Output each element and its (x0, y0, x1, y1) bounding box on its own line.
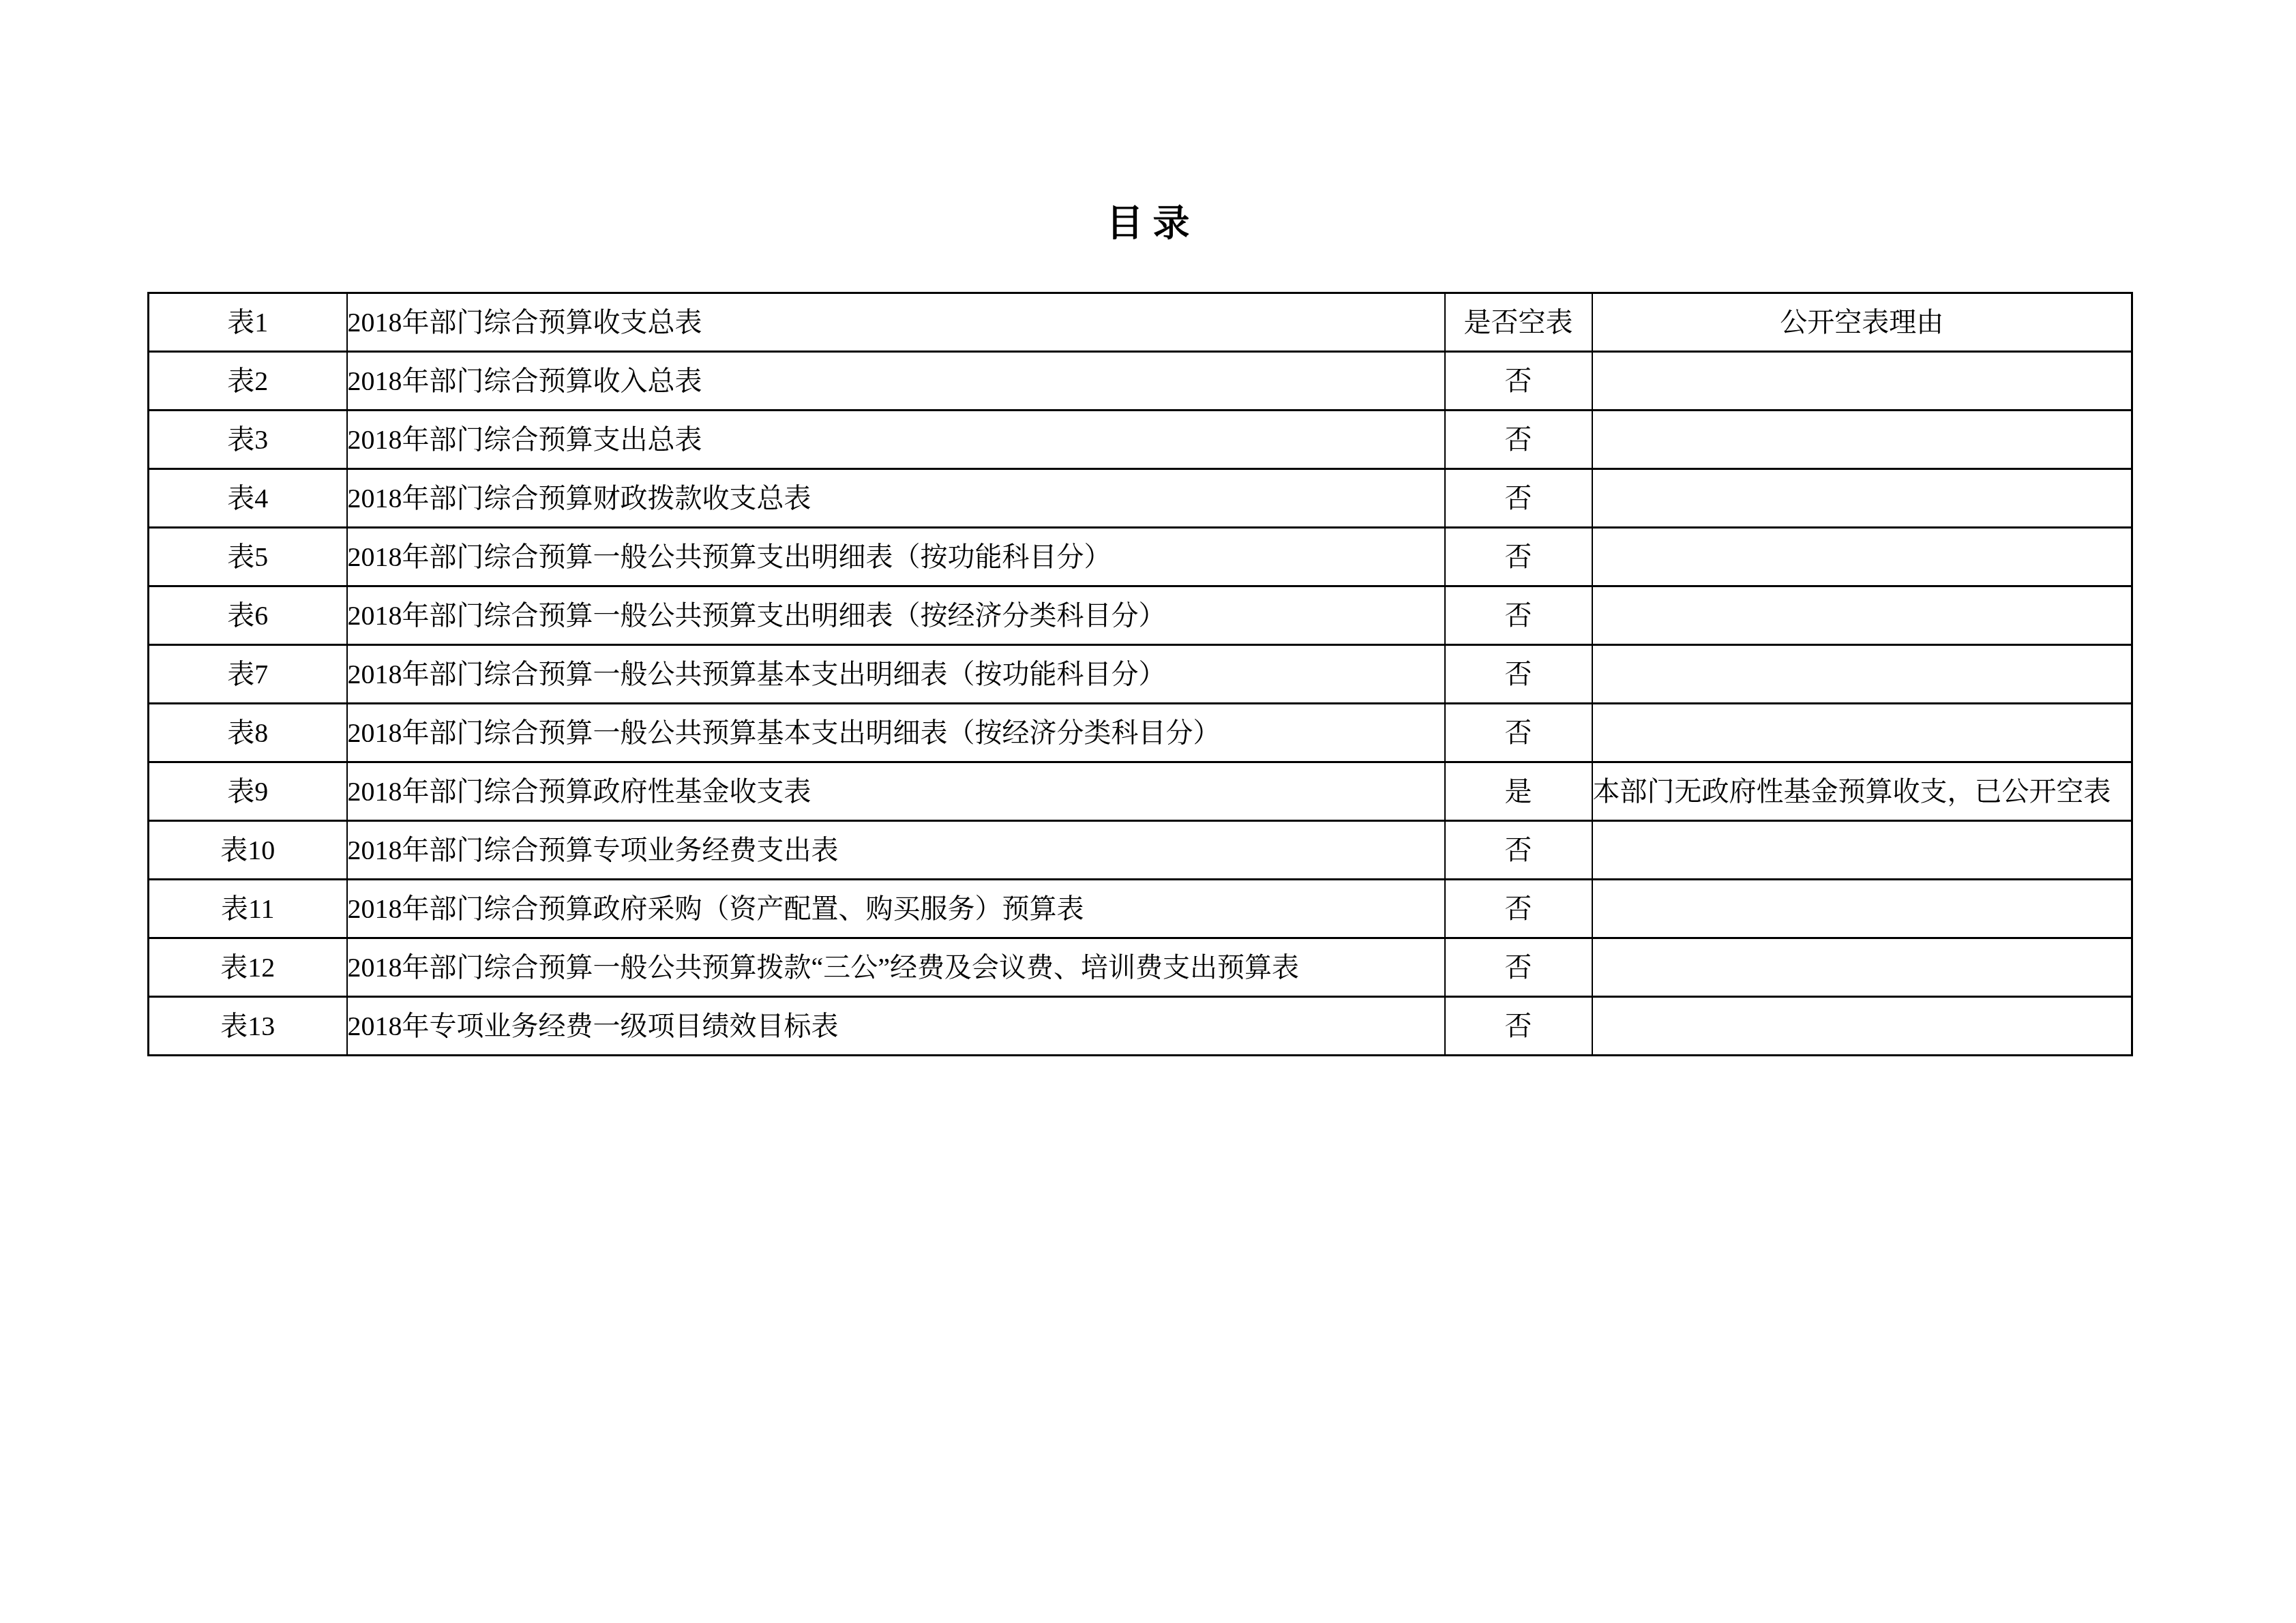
empty-flag-cell: 否 (1445, 528, 1592, 586)
table-no-cell: 表8 (149, 704, 347, 762)
table-no-cell: 表3 (149, 411, 347, 469)
table-title-cell: 2018年部门综合预算专项业务经费支出表 (347, 821, 1445, 880)
table-no-cell: 表2 (149, 352, 347, 411)
table-row: 表2 2018年部门综合预算收入总表 否 (149, 352, 2132, 411)
table-title-cell: 2018年专项业务经费一级项目绩效目标表 (347, 997, 1445, 1056)
reason-cell (1592, 352, 2132, 411)
table-row: 表3 2018年部门综合预算支出总表 否 (149, 411, 2132, 469)
empty-flag-cell: 否 (1445, 352, 1592, 411)
document-page: 目录 表1 2018年部门综合预算收支总表 是否空表 公开空表理由 表2 201… (0, 0, 2296, 1623)
table-title-cell: 2018年部门综合预算收入总表 (347, 352, 1445, 411)
table-row: 表6 2018年部门综合预算一般公共预算支出明细表（按经济分类科目分） 否 (149, 586, 2132, 645)
empty-flag-cell: 否 (1445, 704, 1592, 762)
table-row: 表10 2018年部门综合预算专项业务经费支出表 否 (149, 821, 2132, 880)
empty-flag-cell: 否 (1445, 411, 1592, 469)
table-no-cell: 表4 (149, 469, 347, 528)
table-title-cell: 2018年部门综合预算一般公共预算基本支出明细表（按经济分类科目分） (347, 704, 1445, 762)
reason-header: 公开空表理由 (1592, 293, 2132, 352)
table-row: 表4 2018年部门综合预算财政拨款收支总表 否 (149, 469, 2132, 528)
table-no-cell: 表12 (149, 938, 347, 997)
empty-flag-cell: 否 (1445, 821, 1592, 880)
empty-flag-cell: 否 (1445, 645, 1592, 704)
table-title-cell: 2018年部门综合预算一般公共预算拨款“三公”经费及会议费、培训费支出预算表 (347, 938, 1445, 997)
empty-flag-header: 是否空表 (1445, 293, 1592, 352)
table-row: 表7 2018年部门综合预算一般公共预算基本支出明细表（按功能科目分） 否 (149, 645, 2132, 704)
reason-cell (1592, 645, 2132, 704)
empty-flag-cell: 否 (1445, 469, 1592, 528)
reason-cell (1592, 880, 2132, 938)
toc-table: 表1 2018年部门综合预算收支总表 是否空表 公开空表理由 表2 2018年部… (147, 292, 2133, 1056)
table-title-cell: 2018年部门综合预算一般公共预算支出明细表（按功能科目分） (347, 528, 1445, 586)
table-no-cell: 表7 (149, 645, 347, 704)
empty-flag-cell: 否 (1445, 997, 1592, 1056)
table-row: 表13 2018年专项业务经费一级项目绩效目标表 否 (149, 997, 2132, 1056)
table-no-cell: 表1 (149, 293, 347, 352)
table-row: 表8 2018年部门综合预算一般公共预算基本支出明细表（按经济分类科目分） 否 (149, 704, 2132, 762)
reason-cell (1592, 586, 2132, 645)
table-no-cell: 表5 (149, 528, 347, 586)
empty-flag-cell: 否 (1445, 880, 1592, 938)
table-row: 表1 2018年部门综合预算收支总表 是否空表 公开空表理由 (149, 293, 2132, 352)
table-title-cell: 2018年部门综合预算一般公共预算基本支出明细表（按功能科目分） (347, 645, 1445, 704)
table-row: 表5 2018年部门综合预算一般公共预算支出明细表（按功能科目分） 否 (149, 528, 2132, 586)
table-title-cell: 2018年部门综合预算支出总表 (347, 411, 1445, 469)
table-title-cell: 2018年部门综合预算一般公共预算支出明细表（按经济分类科目分） (347, 586, 1445, 645)
empty-flag-cell: 否 (1445, 586, 1592, 645)
table-row: 表11 2018年部门综合预算政府采购（资产配置、购买服务）预算表 否 (149, 880, 2132, 938)
empty-flag-cell: 是 (1445, 762, 1592, 821)
table-no-cell: 表6 (149, 586, 347, 645)
reason-cell: 本部门无政府性基金预算收支，已公开空表 (1592, 762, 2132, 821)
table-no-cell: 表11 (149, 880, 347, 938)
empty-flag-cell: 否 (1445, 938, 1592, 997)
reason-cell (1592, 469, 2132, 528)
table-no-cell: 表9 (149, 762, 347, 821)
reason-cell (1592, 821, 2132, 880)
table-title-cell: 2018年部门综合预算收支总表 (347, 293, 1445, 352)
page-title: 目录 (0, 202, 2296, 246)
table-title-cell: 2018年部门综合预算财政拨款收支总表 (347, 469, 1445, 528)
reason-cell (1592, 411, 2132, 469)
reason-cell (1592, 704, 2132, 762)
table-no-cell: 表13 (149, 997, 347, 1056)
reason-cell (1592, 997, 2132, 1056)
table-row: 表9 2018年部门综合预算政府性基金收支表 是 本部门无政府性基金预算收支，已… (149, 762, 2132, 821)
table-title-cell: 2018年部门综合预算政府采购（资产配置、购买服务）预算表 (347, 880, 1445, 938)
table-no-cell: 表10 (149, 821, 347, 880)
table-row: 表12 2018年部门综合预算一般公共预算拨款“三公”经费及会议费、培训费支出预… (149, 938, 2132, 997)
reason-cell (1592, 938, 2132, 997)
table-title-cell: 2018年部门综合预算政府性基金收支表 (347, 762, 1445, 821)
reason-cell (1592, 528, 2132, 586)
